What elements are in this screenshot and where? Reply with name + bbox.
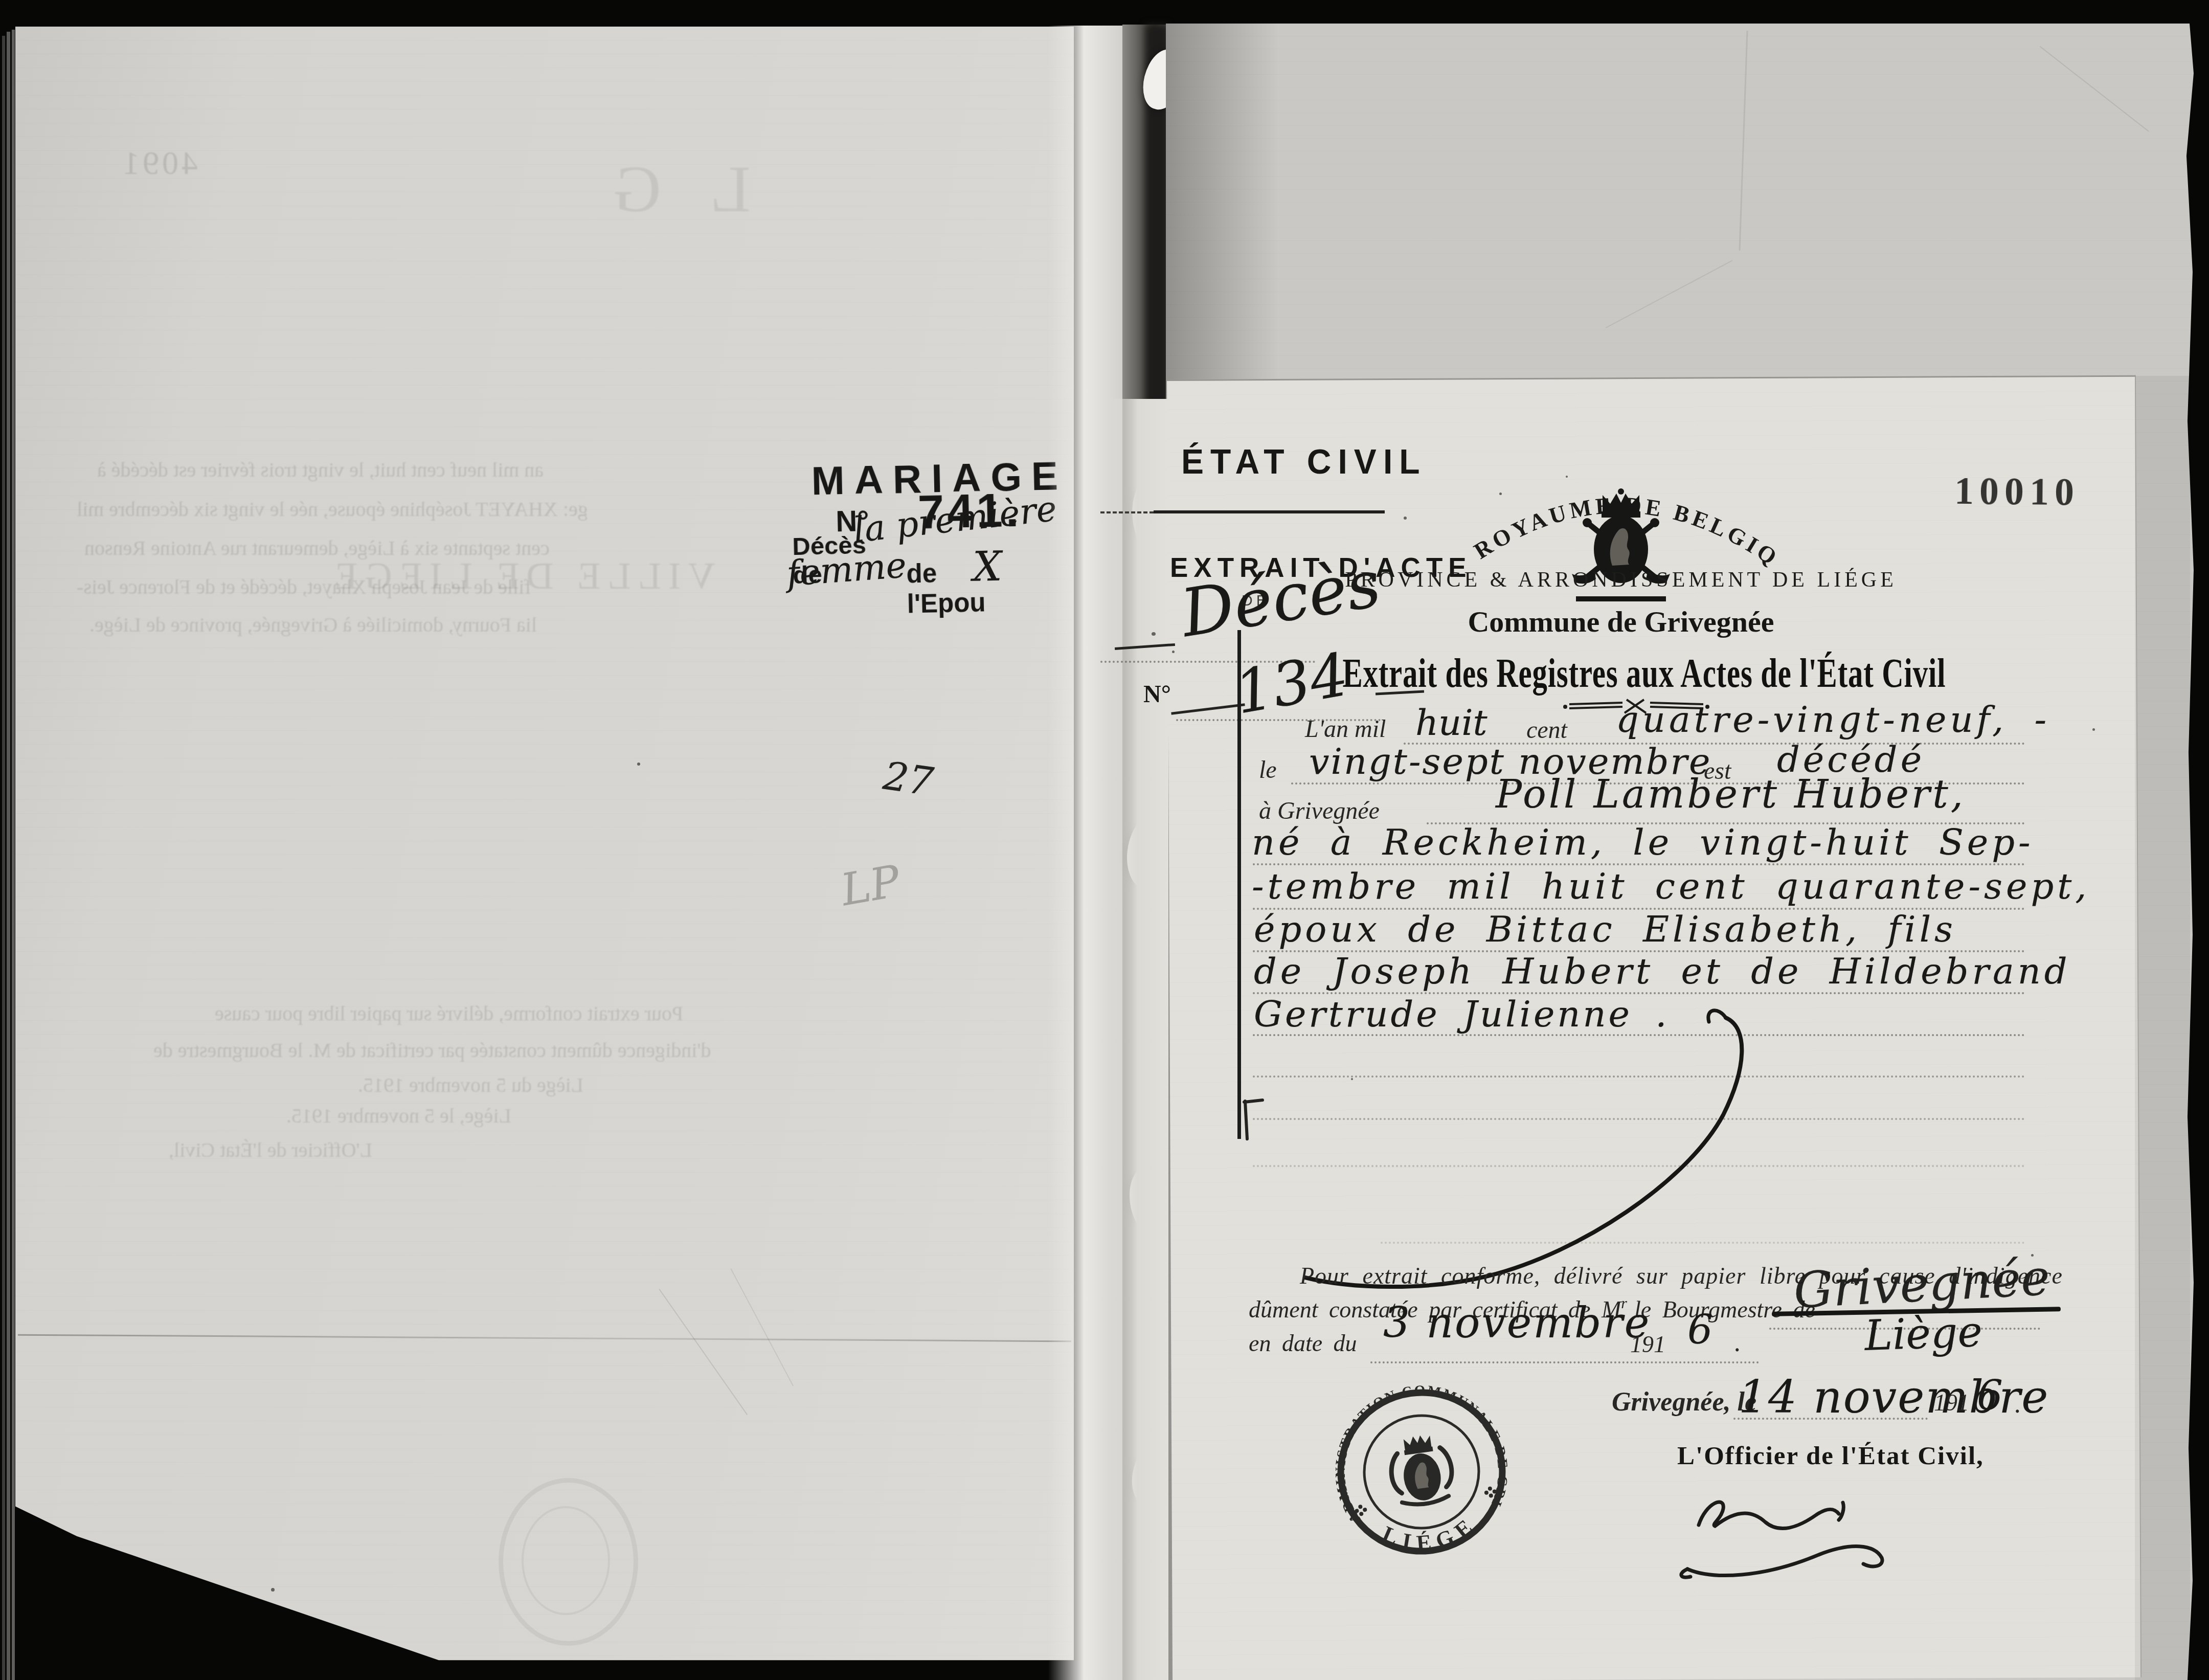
ink-speck — [2031, 1254, 2034, 1257]
ink-speck — [1152, 632, 1156, 636]
footer-line3-period: . — [1734, 1328, 1741, 1358]
rule-thick-short — [1576, 596, 1666, 601]
bleedthrough-line: cent septante six à Liège, demeurant rue… — [84, 536, 550, 560]
ink-speck — [1566, 476, 1568, 478]
page-stack-edge — [7, 32, 10, 1680]
serial-number-stamp: 10010 — [1954, 469, 2080, 515]
officer-signature — [1672, 1478, 1938, 1596]
certificate-left-sliver — [1099, 399, 1168, 1680]
main-title: Extrait des Registres aux Actes de l'Éta… — [1342, 651, 1946, 697]
ink-speck — [1499, 492, 1502, 495]
officer-label: L'Officier de l'État Civil, — [1677, 1441, 1984, 1471]
act-hand-text: quatre-vingt-neuf, - — [1616, 699, 2050, 741]
svg-text:LIÉGE: LIÉGE — [1376, 1508, 1485, 1562]
act-hand-text: huit — [1415, 702, 1487, 744]
footer-line2-post: le Bourgmestre de — [1634, 1296, 1815, 1323]
rule-dashed — [1100, 511, 1154, 513]
act-hand-text: époux de Bittac Elisabeth, fils — [1254, 908, 1956, 950]
pencil-initials: LP — [837, 856, 904, 916]
dotted-rule — [1370, 1361, 1759, 1363]
epoux-x-hand: X — [972, 543, 1002, 591]
bleedthrough-monogram: L G — [596, 151, 751, 228]
issue-place-label: Grivegnée, le — [1612, 1387, 1756, 1417]
act-printed-word: L'an mil — [1305, 715, 1386, 743]
ink-speck — [1172, 651, 1175, 653]
province-line: PROVINCE & ARRONDISSEMENT DE LIÉGE — [1340, 568, 1902, 592]
no-label: N° — [1143, 680, 1171, 708]
bleedthrough-footer-line: d'indigence dûment constatée par certifi… — [153, 1038, 711, 1062]
bleedthrough-footer-line: Pour extrait conforme, délivré sur papie… — [215, 1001, 683, 1025]
act-hand-text: né à Reckheim, le vingt-huit Sep- — [1252, 821, 2034, 863]
ink-speck — [1404, 517, 1407, 520]
margin-rule — [1237, 630, 1241, 1139]
bleedthrough-number: 4091 — [120, 144, 198, 182]
bleedthrough-line: an mil neuf cent huit, le vingt trois fé… — [97, 458, 544, 482]
bleedthrough-line: ge: XHAYET Joséphine épouse, née le ving… — [77, 497, 588, 521]
seal-bottom-text: LIÉGE — [1376, 1508, 1485, 1562]
bleedthrough-line: lia Fourny, domiciliée à Grivegnée, prov… — [89, 613, 537, 637]
margin-pen-mark — [1240, 1097, 1276, 1143]
issue-year-hand: 6 — [1977, 1372, 2003, 1419]
scanned-register-spread: 4091 L G VILLE DE LIEGE an mil neuf cent… — [0, 0, 2209, 1680]
etat-civil-title: ÉTAT CIVIL — [1181, 441, 1427, 482]
act-hand-text: de Joseph Hubert et de Hildebrand — [1254, 950, 2071, 992]
closing-flourish-stroke — [1273, 997, 1759, 1304]
rule-solid — [1154, 510, 1385, 513]
pencil-mark: 27 — [881, 753, 936, 805]
dotted-rule — [1733, 1418, 1928, 1420]
page-stack-edge — [12, 30, 15, 1680]
commune-line: Commune de Grivegnée — [1416, 604, 1825, 639]
ink-speck — [1351, 1078, 1353, 1080]
footer-line3-label: en date du — [1249, 1330, 1357, 1357]
left-page — [15, 27, 1074, 1680]
issue-period: . — [2015, 1389, 2021, 1419]
act-printed-word: le — [1259, 756, 1277, 784]
main-title-wrap: Extrait des Registres aux Actes de l'Éta… — [1253, 651, 2035, 691]
act-hand-text: -tembre mil huit cent quarante-sept, — [1252, 865, 2090, 907]
act-printed-word: à Grivegnée — [1259, 797, 1380, 825]
ink-speck — [2092, 728, 2095, 731]
bleedthrough-footer-line: L'Officier de l'État Civil, — [169, 1138, 372, 1162]
act-printed-word: cent — [1526, 716, 1567, 744]
certificate-right-margin-shade — [2135, 376, 2190, 1680]
bleedthrough-footer-line: Liège du 5 novembre 1915. — [358, 1073, 583, 1097]
ink-speck — [271, 1588, 275, 1592]
certificate-date-hand: 3 novembre — [1383, 1299, 1651, 1348]
issue-year-printed: 191 — [1934, 1389, 1969, 1416]
bleedthrough-footer-line: Liège, le 5 novembre 1915. — [286, 1104, 511, 1128]
bleedthrough-line: fille de Jean Joseph Xhayet, décédé et d… — [77, 575, 531, 599]
footer-line3-year-printed: 191 — [1630, 1331, 1665, 1358]
ink-speck — [637, 763, 640, 766]
ghost-seal-inner — [522, 1506, 610, 1615]
act-hand-text: Poll Lambert Hubert, — [1496, 771, 1966, 817]
municipal-seal-icon: ADMINISTRATION COMMUNALE DE GRIVEGNÉE LI… — [1329, 1380, 1514, 1564]
page-stack-edge — [2, 36, 5, 1680]
certificate-date-year-hand: 6 — [1687, 1307, 1713, 1353]
bourgmestre-place-hand: Liège — [1864, 1308, 1983, 1360]
